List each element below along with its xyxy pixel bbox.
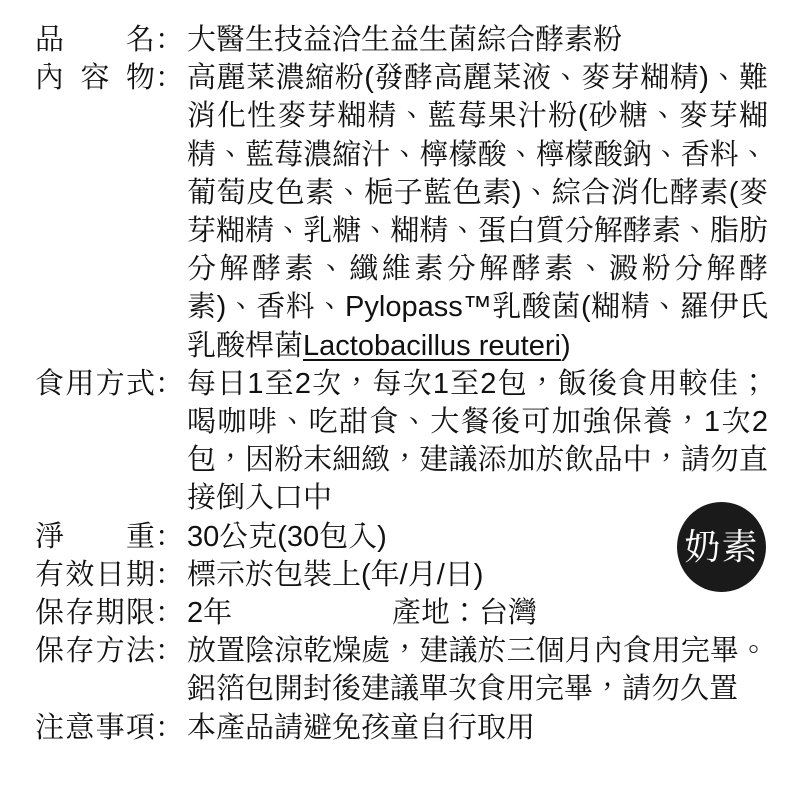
colon-separator: ： [155,709,187,747]
product-name-label: 品名 [35,21,155,59]
origin-label: 產地 [392,597,450,629]
row-storage: 保存方法 ： 放置陰涼乾燥處，建議於三個月內食用完畢。鋁箔包開封後建議單次食用完… [35,632,768,708]
colon-separator: ： [155,21,187,59]
contents-latin-species-name: Lactobacillus reuteri [303,330,561,362]
usage-value: 每日1至2次，每次1至2包，飯後食用較佳；喝咖啡、吃甜食、大餐後可加強保養，1次… [187,365,768,518]
contents-value-closing: ) [561,330,571,362]
lacto-vegetarian-badge-text: 奶素 [684,529,758,565]
colon-separator: ： [155,518,187,556]
row-product-name: 品名 ： 大醫生技益洽生益生菌綜合酵素粉 [35,21,768,59]
colon-separator: ： [155,365,187,403]
row-usage: 食用方式 ： 每日1至2次，每次1至2包，飯後食用較佳；喝咖啡、吃甜食、大餐後可… [35,365,768,518]
colon-separator: ： [155,632,187,670]
row-net-weight: 淨重 ： 30公克(30包入) [35,518,768,556]
origin-value: 台灣 [479,597,537,629]
contents-label: 內容物 [35,59,155,97]
colon-separator: ： [450,597,479,629]
colon-separator: ： [155,59,187,97]
colon-separator: ： [155,556,187,594]
shelf-life-label: 保存期限 [35,594,155,632]
lacto-vegetarian-badge: 奶素 [677,502,766,592]
expiry-date-label: 有效日期 [35,556,155,594]
colon-separator: ： [155,594,187,632]
storage-value: 放置陰涼乾燥處，建議於三個月內食用完畢。鋁箔包開封後建議單次食用完畢，請勿久置 [187,632,768,708]
notice-label: 注意事項 [35,709,155,747]
usage-label: 食用方式 [35,365,155,403]
contents-value-main: 高麗菜濃縮粉(發酵高麗菜液、麥芽糊精)、難消化性麥芽糊精、藍莓果汁粉(砂糖、麥芽… [187,62,768,361]
product-label: 品名 ： 大醫生技益洽生益生菌綜合酵素粉 內容物 ： 高麗菜濃縮粉(發酵高麗菜液… [0,0,800,800]
storage-label: 保存方法 [35,632,155,670]
row-shelf-life-origin: 保存期限 ： 2年產地：台灣 [35,594,768,632]
row-expiry-date: 有效日期 ： 標示於包裝上(年/月/日) [35,556,768,594]
net-weight-label: 淨重 [35,518,155,556]
row-contents: 內容物 ： 高麗菜濃縮粉(發酵高麗菜液、麥芽糊精)、難消化性麥芽糊精、藍莓果汁粉… [35,59,768,365]
row-notice: 注意事項 ： 本產品請避免孩童自行取用 [35,709,768,747]
product-name-value: 大醫生技益洽生益生菌綜合酵素粉 [187,21,768,59]
contents-value: 高麗菜濃縮粉(發酵高麗菜液、麥芽糊精)、難消化性麥芽糊精、藍莓果汁粉(砂糖、麥芽… [187,59,768,365]
shelf-life-value: 2年 [187,594,392,632]
notice-value: 本產品請避免孩童自行取用 [187,709,768,747]
shelf-life-origin-value: 2年產地：台灣 [187,594,768,632]
